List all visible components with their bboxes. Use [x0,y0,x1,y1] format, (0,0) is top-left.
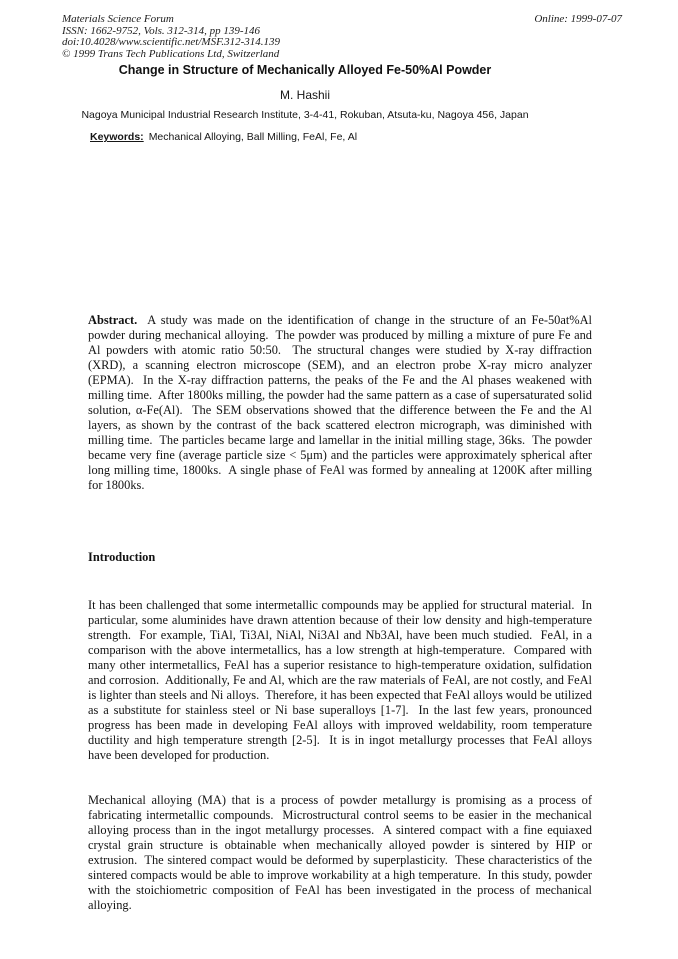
section-heading-introduction: Introduction [88,550,592,565]
paper-heading-block: Change in Structure of Mechanically Allo… [25,63,585,121]
journal-name: Materials Science Forum [62,14,280,26]
author-name: M. Hashii [25,88,585,102]
keywords-list: Mechanical Alloying, Ball Milling, FeAl,… [149,131,357,143]
introduction-paragraph-1: It has been challenged that some interme… [88,598,592,763]
journal-header: Materials Science Forum ISSN: 1662-9752,… [0,0,678,60]
journal-meta-block: Materials Science Forum ISSN: 1662-9752,… [62,14,280,60]
paper-title: Change in Structure of Mechanically Allo… [25,63,585,77]
author-affiliation: Nagoya Municipal Industrial Research Ins… [25,109,585,121]
online-date: Online: 1999-07-07 [534,14,622,26]
paper-body: Abstract.A study was made on the identif… [88,283,592,943]
keywords-label: Keywords: [90,131,144,143]
document-page: Materials Science Forum ISSN: 1662-9752,… [0,0,678,959]
journal-copyright-line: © 1999 Trans Tech Publications Ltd, Swit… [62,49,280,61]
abstract-label: Abstract. [88,313,137,327]
keywords-line: Keywords:Mechanical Alloying, Ball Milli… [90,131,638,144]
abstract-paragraph: Abstract.A study was made on the identif… [88,313,592,493]
introduction-paragraph-2: Mechanical alloying (MA) that is a proce… [88,793,592,913]
abstract-text: A study was made on the identification o… [88,313,595,492]
